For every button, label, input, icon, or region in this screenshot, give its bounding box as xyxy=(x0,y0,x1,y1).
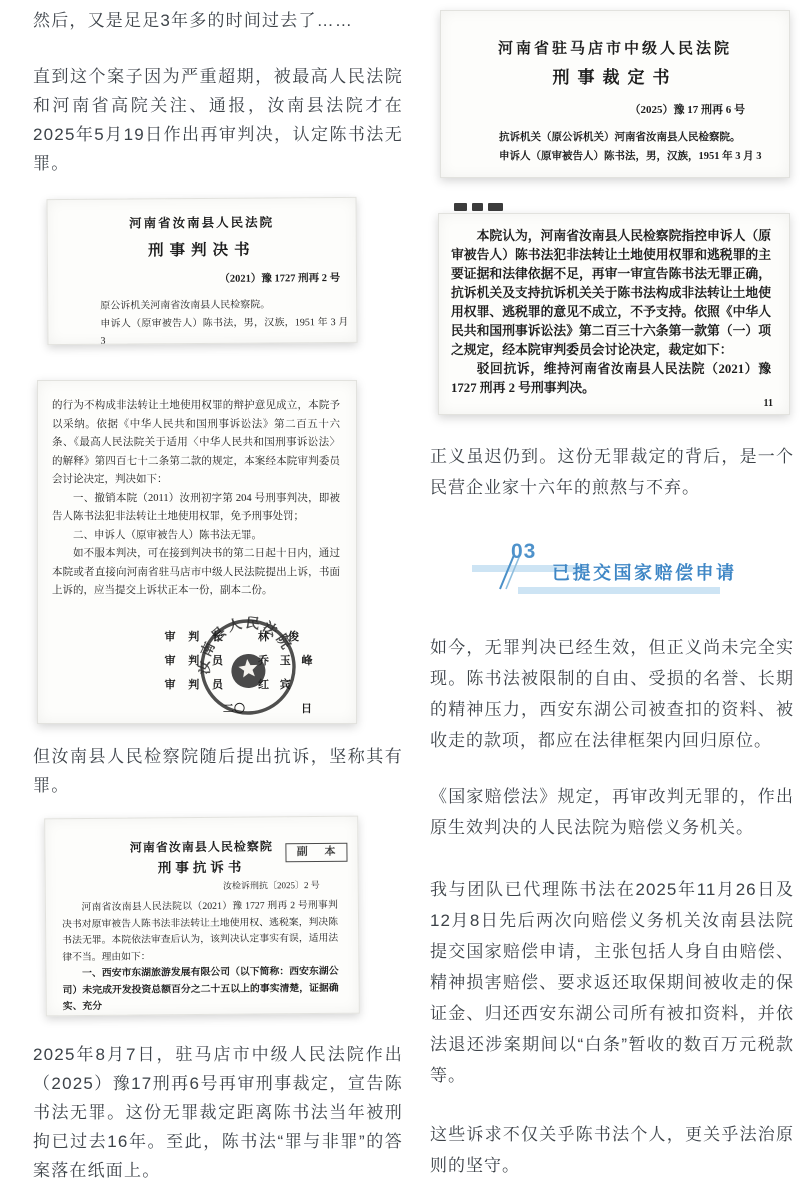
page-number: 11 xyxy=(439,398,789,410)
doc-date-row: 二〇 日 xyxy=(38,697,356,721)
article-paragraph: 这些诉求不仅关乎陈书法个人，更关乎法治原则的坚守。 xyxy=(430,1119,794,1181)
doc-body: 本院认为，河南省汝南县人民检察院指控申诉人（原审被告人）陈书法犯非法转让土地使用… xyxy=(439,214,789,398)
court-seal-icon: 汝南县人民法院 xyxy=(193,612,303,722)
article-paragraph: 如今，无罪判决已经生效，但正义尚未完全实现。陈书法被限制的自由、受损的名誉、长期… xyxy=(430,632,794,756)
clerk-role-label: 书 记 员 xyxy=(161,721,225,725)
doc-paragraph: 一、西安市东湖旅游发展有限公司（以下简称：西安东湖公司）未完成开发投资总额百分之… xyxy=(62,964,338,1016)
underline-strip xyxy=(518,587,720,594)
document-image-judgment-verdict-page[interactable]: 的行为不构成非法转让土地使用权罪的辩护意见成立，本院予以采纳。依据《中华人民共和… xyxy=(37,380,357,724)
doc-line: 申诉人（原审被告人）陈书法，男，汉族，1951 年 3 月 3 xyxy=(499,148,781,167)
doc-court-name: 河南省驻马店市中级人民法院 xyxy=(441,39,789,59)
doc-line: 抗诉机关（原公诉机关）河南省汝南县人民检察院。 xyxy=(499,129,781,148)
doc-body: 抗诉机关（原公诉机关）河南省汝南县人民检察院。申诉人（原审被告人）陈书法，男，汉… xyxy=(441,129,789,166)
doc-paragraph: 本院认为，河南省汝南县人民检察院指控申诉人（原审被告人）陈书法犯非法转让土地使用… xyxy=(451,227,771,360)
doc-paragraph: 一、撤销本院（2011）汝刑初字第 204 号刑事判决，即被告人陈书法犯非法转让… xyxy=(52,490,340,527)
doc-line: 申诉人（原审被告人）陈书法，男，汉族，1951 年 3 月 3 xyxy=(100,313,348,345)
doc-paragraph: 河南省汝南县人民法院以（2021）豫 1727 刑再 2 号刑事判决书对原审被告… xyxy=(62,898,339,966)
doc-paragraph: 驳回抗诉，维持河南省汝南县人民法院（2021）豫 1727 刑再 2 号刑事判决… xyxy=(451,360,771,398)
article-paragraph: 我与团队已代理陈书法在2025年11月26日及12月8日先后两次向赔偿义务机关汝… xyxy=(430,874,794,1091)
document-image-criminal-protest[interactable]: 副 本 河南省汝南县人民检察院 刑事抗诉书 汝检诉刑抗〔2025〕2 号 河南省… xyxy=(44,816,360,1017)
doc-court-name: 河南省汝南县人民法院 xyxy=(48,214,356,232)
doc-case-number: 汝检诉刑抗〔2025〕2 号 xyxy=(46,880,358,894)
section-header: 03 已提交国家赔偿申请 xyxy=(430,540,794,602)
doc-case-number: （2021）豫 1727 刑再 2 号 xyxy=(48,272,356,288)
article-paragraph: 然后，又是足足3年多的时间过去了…… xyxy=(33,6,403,35)
doc-paragraph: 二、申诉人（原审被告人）陈书法无罪。 xyxy=(52,527,340,546)
left-column: 然后，又是足足3年多的时间过去了…… 直到这个案子因为严重超期，被最高人民法院和… xyxy=(33,0,403,1200)
doc-body: 河南省汝南县人民法院以（2021）豫 1727 刑再 2 号刑事判决书对原审被告… xyxy=(46,898,359,1016)
doc-body: 原公诉机关河南省汝南县人民检察院。申诉人（原审被告人）陈书法，男，汉族，1951… xyxy=(48,296,356,345)
document-image-ruling-decision-page[interactable]: 本院认为，河南省汝南县人民检察院指控申诉人（原审被告人）陈书法犯非法转让土地使用… xyxy=(438,213,790,415)
article-paragraph: 《国家赔偿法》规定，再审改判无罪的，作出原生效判决的人民法院为赔偿义务机关。 xyxy=(430,781,794,843)
doc-case-number: （2025）豫 17 刑再 6 号 xyxy=(441,103,789,117)
doc-body: 的行为不构成非法转让土地使用权罪的辩护意见成立，本院予以采纳。依据《中华人民共和… xyxy=(38,381,356,601)
article-paragraph: 2025年8月7日，驻马店市中级人民法院作出（2025）豫17刑再6号再审刑事裁… xyxy=(33,1040,403,1185)
clipped-text-fragment xyxy=(454,203,503,212)
doc-title: 刑事判决书 xyxy=(48,240,356,262)
article-paragraph: 正义虽迟仍到。这份无罪裁定的背后，是一个民营企业家十六年的煎熬与不弃。 xyxy=(430,441,794,503)
article-paragraph: 直到这个案子因为严重超期，被最高人民法院和河南省高院关注、通报，汝南县法院才在2… xyxy=(33,62,403,178)
clerk-name: 佩 佩 xyxy=(258,721,322,725)
doc-title: 刑事裁定书 xyxy=(441,67,789,89)
section-number: 03 xyxy=(511,540,536,564)
copy-stamp: 副 本 xyxy=(286,843,348,863)
article-page: { "colors": { "body_text": "#3c4248", "a… xyxy=(0,0,804,1200)
doc-line: 原公诉机关河南省汝南县人民检察院。 xyxy=(100,296,348,315)
document-image-criminal-ruling-cover[interactable]: 河南省驻马店市中级人民法院 刑事裁定书 （2025）豫 17 刑再 6 号 抗诉… xyxy=(440,10,790,178)
doc-paragraph: 如不服本判决，可在接到判决书的第二日起十日内，通过本院或者直接向河南省驻马店市中… xyxy=(52,545,340,601)
article-paragraph: 但汝南县人民检察院随后提出抗诉，坚称其有罪。 xyxy=(33,742,403,800)
doc-paragraph: 的行为不构成非法转让土地使用权罪的辩护意见成立，本院予以采纳。依据《中华人民共和… xyxy=(52,397,340,490)
document-image-criminal-judgment-cover[interactable]: 河南省汝南县人民法院 刑事判决书 （2021）豫 1727 刑再 2 号 原公诉… xyxy=(46,197,357,345)
section-title: 已提交国家赔偿申请 xyxy=(552,559,737,585)
clerk-row: 书 记 员 佩 佩 xyxy=(38,721,356,725)
signature-row: 审 判 员 红 宾 xyxy=(38,673,356,697)
right-column: 河南省驻马店市中级人民法院 刑事裁定书 （2025）豫 17 刑再 6 号 抗诉… xyxy=(430,0,794,1200)
